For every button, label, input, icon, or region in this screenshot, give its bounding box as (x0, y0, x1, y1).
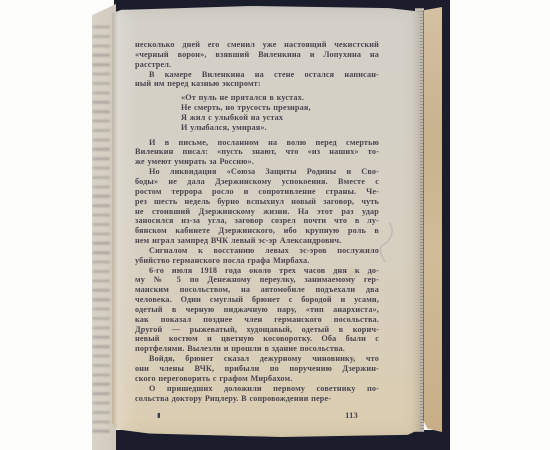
text-line: Другой — рыжеватый, худощавый, одетый в … (135, 325, 379, 335)
text-line: они члены ВЧК, прибыли по поручению Дзер… (135, 364, 379, 374)
text-line: Я жил с улыбкой на устах (181, 113, 379, 123)
paragraph: 6-го июля 1918 года около трех часов дня… (135, 266, 379, 355)
text-line: Но ликвидация «Союза Защиты Родины и Сво… (135, 167, 379, 177)
text-line: Войдя, брюнет сказал дежурному чиновнику… (135, 354, 379, 364)
text-line: Не смерть, но трусость презирая, (181, 103, 379, 113)
paragraph: несколько дней его сменил уже настоящий … (135, 40, 379, 70)
signature-mark: ▮ (157, 413, 161, 419)
text-line: человека. Один смуглый брюнет с бородой … (135, 295, 379, 305)
text-line: «черный ворон», взявший Виленкина и Лопу… (135, 50, 379, 60)
text-line: В камере Виленкина на стене остался напи… (135, 70, 379, 80)
text-line: му № 5 по Денежному переулку, занимаемом… (135, 275, 379, 285)
text-line: портфелями. Вылезли и прошли в здание по… (135, 344, 379, 354)
paragraph: И в письме, посланном на волю перед смер… (135, 138, 379, 168)
blurred-text-marks (93, 26, 110, 438)
text-line: ростом террора росло и сопротивление стр… (135, 187, 379, 197)
text-line: нем играл зампред ВЧК левый эс-эр Алекса… (135, 236, 379, 246)
photo-backdrop: { "colors": { "backdrop": "#fdfdfc", "co… (0, 0, 550, 450)
text-line: рез шесть недель бурно вспыхнул новый за… (135, 197, 379, 207)
text-line: сольства доктору Рицлеру. В сопровождени… (135, 394, 379, 404)
text-line: Виленкин писал: «пусть знают, что «из на… (135, 147, 379, 157)
text-line: манским посольством, на автомобиле подъе… (135, 285, 379, 295)
text-line: О пришедших доложили первому советнику п… (135, 384, 379, 394)
page-footer: ▮ 113 (135, 411, 379, 421)
fore-edge (423, 7, 442, 432)
margin-pencil-mark (374, 220, 396, 268)
text-line: И улыбался, умирая». (181, 123, 379, 133)
text-line: несколько дней его сменил уже настоящий … (135, 40, 379, 50)
page-number: 113 (345, 411, 358, 421)
paragraph: В камере Виленкина на стене остался напи… (135, 70, 379, 90)
paragraph: Сигналом к восстанию левых эс-эров послу… (135, 246, 379, 266)
text-line: 6-го июля 1918 года около трех часов дня… (135, 266, 379, 276)
text-line: заносился из-за угла, заговор созрел поч… (135, 216, 379, 226)
verse: «От пуль не прятался в кустах.Не смерть,… (181, 93, 379, 132)
text-line: одетый в черную пиджачную пару, «тип ана… (135, 305, 379, 315)
text-line: боды» не дала Дзержинскому успокоения. В… (135, 177, 379, 187)
paragraph: О пришедших доложили первому советнику п… (135, 384, 379, 404)
paragraph: Войдя, брюнет сказал дежурному чиновнику… (135, 354, 379, 384)
text-line: расстрел. (135, 60, 379, 70)
paragraph: Но ликвидация «Союза Защиты Родины и Сво… (135, 167, 379, 246)
text-line: ского переговорить с графом Мирбахом. (135, 374, 379, 384)
text-line: бянском кабинете Дзержинского, ибо крупн… (135, 226, 379, 236)
book-page: несколько дней его сменил уже настоящий … (112, 6, 420, 437)
text-line: ный им перед казнью экспромт: (135, 79, 379, 89)
page-text: несколько дней его сменил уже настоящий … (135, 40, 379, 421)
text-line: как показал позднее член германского пос… (135, 315, 379, 325)
text-line: «От пуль не прятался в кустах. (181, 93, 379, 103)
text-line: И в письме, посланном на волю перед смер… (135, 138, 379, 148)
text-line: Сигналом к восстанию левых эс-эров послу… (135, 246, 379, 256)
text-line: же умеют умирать за Россию». (135, 157, 379, 167)
text-line: невый костюм и цветную косоворотку. Оба … (135, 334, 379, 344)
text-line: убийство германского посла графа Мирбаха… (135, 256, 379, 266)
text-line: не стоивший Дзержинскому жизни. На этот … (135, 207, 379, 217)
